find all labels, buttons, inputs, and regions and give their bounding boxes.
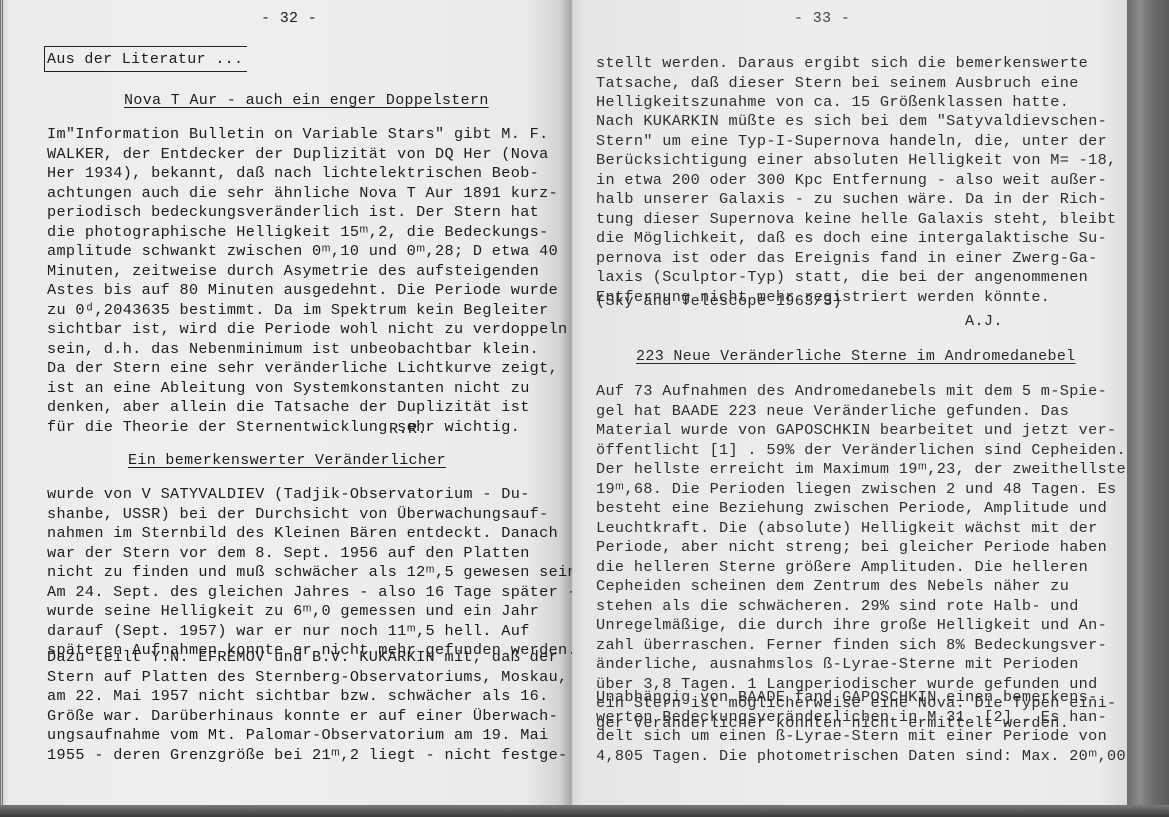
- text-line: ist an eine Ableitung von Systemkonstant…: [47, 379, 568, 399]
- text-line: öffentlicht [1] . 59% der Veränderlichen…: [596, 441, 1126, 461]
- article-title: 223 Neue Veränderliche Sterne im Androme…: [636, 348, 1076, 365]
- article-paragraph: Dazu teilt Y.N. EFREMOV und B.V. KUKARKI…: [47, 648, 568, 765]
- text-line: Astes bis auf 80 Minuten ausgedehnt. Die…: [47, 281, 568, 301]
- text-line: ungsaufnahme vom Mt. Palomar-Observatori…: [47, 726, 568, 746]
- text-line: änderliche, ausnahmslos ß-Lyrae-Sterne m…: [596, 655, 1126, 675]
- text-line: Leuchtkraft. Die (absolute) Helligkeit w…: [596, 519, 1126, 539]
- article-paragraph: Nach KUKARKIN müßte es sich bei dem "Sat…: [596, 112, 1117, 307]
- text-line: Periode, aber nicht streng; bei gleicher…: [596, 538, 1126, 558]
- article-paragraph: Unabhängig von BAADE fand GAPOSCHKIN ein…: [596, 688, 1126, 766]
- article-title: Ein bemerkenswerter Veränderlicher: [128, 452, 446, 469]
- text-line: amplitude schwankt zwischen 0ᵐ,10 und 0ᵐ…: [47, 242, 568, 262]
- text-line: delt sich um einen ß-Lyrae-Stern mit ein…: [596, 727, 1126, 747]
- text-line: 4,805 Tagen. Die photometrischen Daten s…: [596, 747, 1126, 767]
- text-line: Unabhängig von BAADE fand GAPOSCHKIN ein…: [596, 688, 1126, 708]
- text-line: besteht eine Beziehung zwischen Periode,…: [596, 499, 1126, 519]
- text-line: werten Bedeckungsveränderlichen in M 31 …: [596, 708, 1126, 728]
- text-line: denken, aber allein die Tatsache der Dup…: [47, 398, 568, 418]
- text-line: stellt werden. Daraus ergibt sich die be…: [596, 54, 1088, 74]
- source-citation: (Sky and Telescope 1963/3): [596, 292, 842, 310]
- text-line: 1955 - deren Grenzgröße bei 21ᵐ,2 liegt …: [47, 746, 568, 766]
- text-line: die Möglichkeit, daß es doch eine interg…: [596, 229, 1117, 249]
- text-line: Der hellste erreicht im Maximum 19ᵐ,23, …: [596, 460, 1126, 480]
- page-number: - 32 -: [261, 10, 317, 27]
- text-line: wurde von V SATYVALDIEV (Tadjik-Observat…: [47, 485, 586, 505]
- text-line: Nach KUKARKIN müßte es sich bei dem "Sat…: [596, 112, 1117, 132]
- page-edge-bottom: [0, 805, 1169, 817]
- section-label: Aus der Literatur ...: [44, 46, 247, 72]
- book-spread: - 32 - Aus der Literatur ... Nova T Aur …: [0, 0, 1169, 817]
- text-line: Cepheiden scheinen dem Zentrum des Nebel…: [596, 577, 1126, 597]
- text-line: war der Stern vor dem 8. Sept. 1956 auf …: [47, 544, 586, 564]
- text-line: shanbe, USSR) bei der Durchsicht von Übe…: [47, 505, 586, 525]
- article-title: Nova T Aur - auch ein enger Doppelstern: [124, 92, 489, 109]
- text-line: Größe war. Darüberhinaus konnte er auf e…: [47, 707, 568, 727]
- text-line: tung dieser Supernova keine helle Galaxi…: [596, 210, 1117, 230]
- text-line: Tatsache, daß dieser Stern bei seinem Au…: [596, 74, 1088, 94]
- article-paragraph: Im"Information Bulletin on Variable Star…: [47, 125, 568, 437]
- text-line: zu 0ᵈ,2043635 bestimmt. Da im Spektrum k…: [47, 301, 568, 321]
- right-page: - 33 - stellt werden. Daraus ergibt sich…: [572, 0, 1127, 805]
- text-line: halb unserer Galaxis - zu suchen wäre. D…: [596, 190, 1117, 210]
- text-line: die photographische Helligkeit 15ᵐ,2, di…: [47, 223, 568, 243]
- left-page: - 32 - Aus der Literatur ... Nova T Aur …: [0, 0, 572, 805]
- text-line: Dazu teilt Y.N. EFREMOV und B.V. KUKARKI…: [47, 648, 568, 668]
- text-line: zahl überraschen. Ferner finden sich 8% …: [596, 636, 1126, 656]
- article-signature: R.R.: [389, 420, 427, 438]
- text-line: Helligkeitszunahme von ca. 15 Größenklas…: [596, 93, 1088, 113]
- text-line: Minuten, zeitweise durch Asymetrie des a…: [47, 262, 568, 282]
- text-line: pernova ist oder das Ereignis fand in ei…: [596, 249, 1117, 269]
- text-line: in etwa 200 oder 300 Kpc Entfernung - al…: [596, 171, 1117, 191]
- text-line: WALKER, der Entdecker der Duplizität von…: [47, 145, 568, 165]
- text-line: darauf (Sept. 1957) war er nur noch 11ᵐ,…: [47, 622, 586, 642]
- text-line: Stern" um eine Typ-I-Supernova handeln, …: [596, 132, 1117, 152]
- text-line: stehen als die schwächeren. 29% sind rot…: [596, 597, 1126, 617]
- text-line: achtungen auch die sehr ähnliche Nova T …: [47, 184, 568, 204]
- text-line: Stern auf Platten des Sternberg-Observat…: [47, 668, 568, 688]
- text-line: am 22. Mai 1957 nicht sichtbar bzw. schw…: [47, 687, 568, 707]
- article-paragraph: wurde von V SATYVALDIEV (Tadjik-Observat…: [47, 485, 586, 661]
- continuation-paragraph: stellt werden. Daraus ergibt sich die be…: [596, 54, 1088, 113]
- article-signature: A.J.: [965, 312, 1003, 330]
- text-line: Berücksichtigung einer absoluten Helligk…: [596, 151, 1117, 171]
- text-line: nahmen im Sternbild des Kleinen Bären en…: [47, 524, 586, 544]
- text-line: sein, d.h. das Nebenminimum ist unbeobac…: [47, 340, 568, 360]
- page-edge-right: [1127, 0, 1169, 817]
- text-line: periodisch bedeckungsveränderlich ist. D…: [47, 203, 568, 223]
- text-line: die helleren Sterne größere Amplituden. …: [596, 558, 1126, 578]
- text-line: nicht zu finden und muß schwächer als 12…: [47, 563, 586, 583]
- text-line: Material wurde von GAPOSCHKIN bearbeitet…: [596, 421, 1126, 441]
- text-line: laxis (Sculptor-Typ) statt, die bei der …: [596, 268, 1117, 288]
- text-line: Da der Stern eine sehr veränderliche Lic…: [47, 359, 568, 379]
- page-number: - 33 -: [794, 10, 850, 27]
- text-line: sichtbar ist, wird die Periode wohl nich…: [47, 320, 568, 340]
- text-line: Im"Information Bulletin on Variable Star…: [47, 125, 568, 145]
- text-line: 19ᵐ,68. Die Perioden liegen zwischen 2 u…: [596, 480, 1126, 500]
- text-line: Unregelmäßige, die durch ihre große Hell…: [596, 616, 1126, 636]
- text-line: Am 24. Sept. des gleichen Jahres - also …: [47, 583, 586, 603]
- text-line: für die Theorie der Sternentwicklung seh…: [47, 418, 568, 438]
- text-line: gel hat BAADE 223 neue Veränderliche gef…: [596, 402, 1126, 422]
- text-line: wurde seine Helligkeit zu 6ᵐ,0 gemessen …: [47, 602, 586, 622]
- article-paragraph: Auf 73 Aufnahmen des Andromedanebels mit…: [596, 382, 1126, 733]
- text-line: Auf 73 Aufnahmen des Andromedanebels mit…: [596, 382, 1126, 402]
- text-line: Her 1934), bekannt, daß nach lichtelektr…: [47, 164, 568, 184]
